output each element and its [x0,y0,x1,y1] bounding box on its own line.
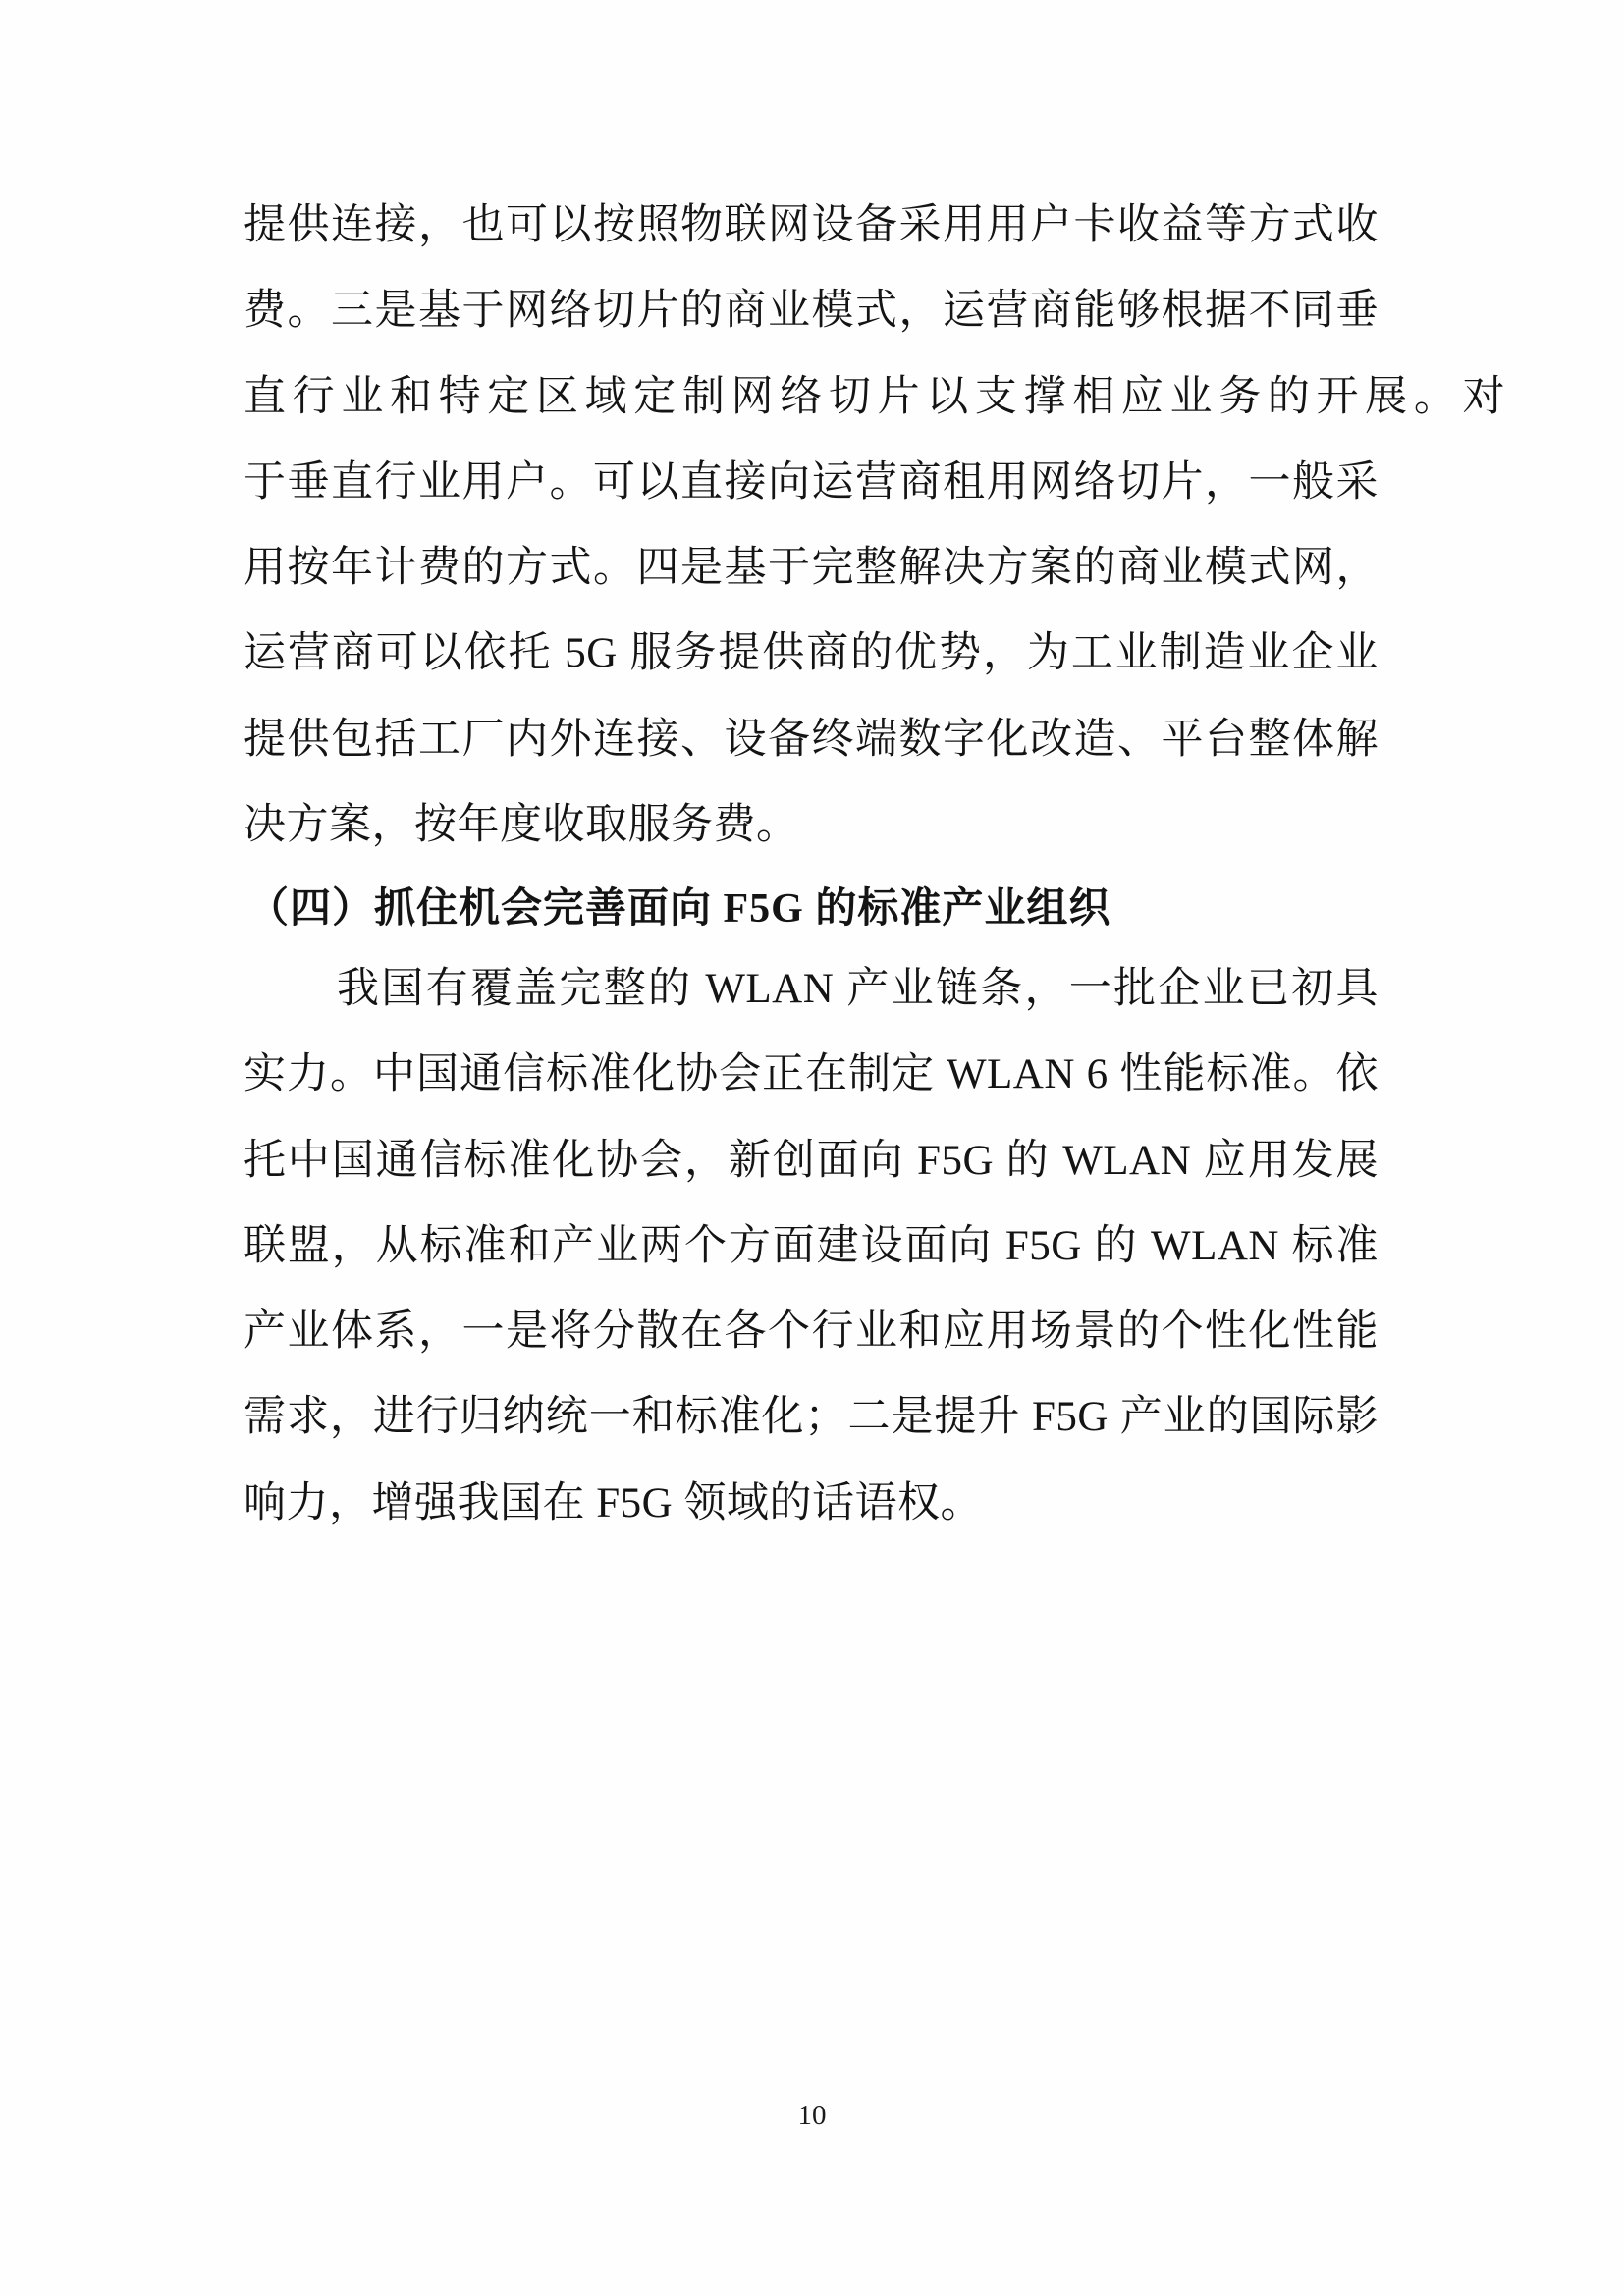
body-line: 联盟，从标准和产业两个方面建设面向 F5G 的 WLAN 标准 [244,1203,1379,1289]
body-line: 于垂直行业用户。可以直接向运营商租用网络切片，一般采 [244,440,1379,525]
body-line: 费。三是基于网络切片的商业模式，运营商能够根据不同垂 [244,268,1379,353]
paragraph-wlan-standards: 我国有覆盖完整的 WLAN 产业链条，一批企业已初具 实力。中国通信标准化协会正… [244,946,1379,1546]
body-line: 用按年计费的方式。四是基于完整解决方案的商业模式网， [244,525,1379,611]
body-line: 提供连接，也可以按照物联网设备采用用户卡收益等方式收 [244,183,1379,268]
body-line: 提供包括工厂内外连接、设备终端数字化改造、平台整体解 [244,697,1379,782]
body-line: 直行业和特定区域定制网络切片以支撑相应业务的开展。对 [244,354,1505,440]
body-line: 托中国通信标准化协会，新创面向 F5G 的 WLAN 应用发展 [244,1118,1379,1203]
body-line: 产业体系，一是将分散在各个行业和应用场景的个性化性能 [244,1289,1379,1374]
body-line: 我国有覆盖完整的 WLAN 产业链条，一批企业已初具 [244,946,1379,1032]
body-line: 运营商可以依托 5G 服务提供商的优势，为工业制造业企业 [244,611,1379,696]
body-line: 决方案，按年度收取服务费。 [244,782,1379,868]
document-page: 提供连接，也可以按照物联网设备采用用户卡收益等方式收 费。三是基于网络切片的商业… [0,0,1624,2296]
body-line: 需求，进行归纳统一和标准化；二是提升 F5G 产业的国际影 [244,1374,1379,1460]
paragraph-business-models: 提供连接，也可以按照物联网设备采用用户卡收益等方式收 费。三是基于网络切片的商业… [244,183,1379,868]
body-line: 实力。中国通信标准化协会正在制定 WLAN 6 性能标准。依 [244,1032,1379,1117]
body-line: 响力，增强我国在 F5G 领域的话语权。 [244,1461,1379,1546]
page-number: 10 [0,2099,1624,2132]
section-heading: （四）抓住机会完善面向 F5G 的标准产业组织 [247,880,1524,938]
